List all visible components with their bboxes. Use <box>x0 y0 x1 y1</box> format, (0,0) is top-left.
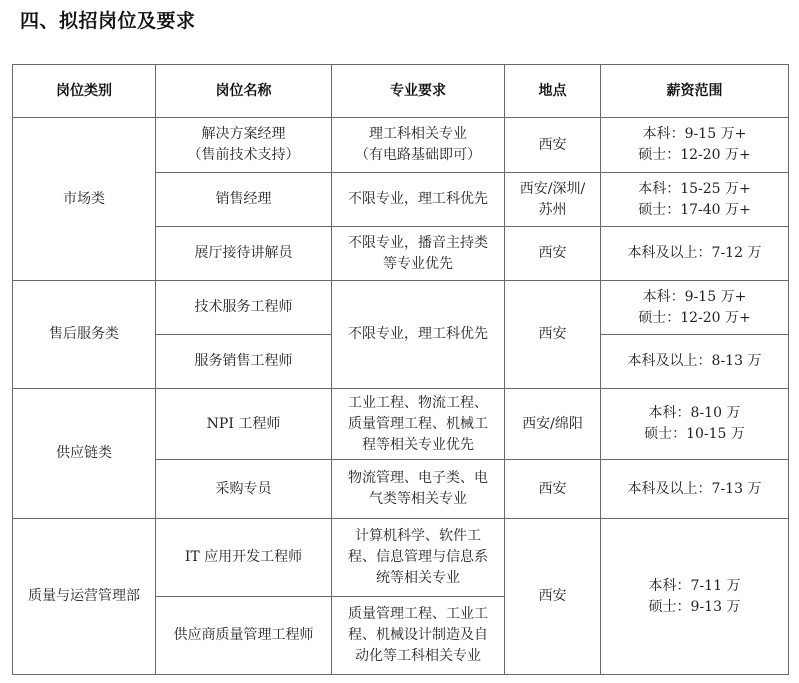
salary-cell: 本科及以上：8-13 万 <box>601 335 789 389</box>
major-cell: 不限专业，播音主持类等专业优先 <box>332 227 505 281</box>
table-row: 供应链类 NPI 工程师 工业工程、物流工程、质量管理工程、机械工程等相关专业优… <box>13 389 789 460</box>
position-cell: 销售经理 <box>156 173 332 227</box>
salary-cell: 本科：9-15 万+硕士：12-20 万+ <box>601 281 789 335</box>
header-major: 专业要求 <box>332 65 505 118</box>
job-positions-table: 岗位类别 岗位名称 专业要求 地点 薪资范围 市场类 解决方案经理（售前技术支持… <box>12 64 789 675</box>
position-cell: 技术服务工程师 <box>156 281 332 335</box>
major-cell: 不限专业，理工科优先 <box>332 281 505 389</box>
location-cell: 西安 <box>505 118 601 173</box>
major-cell: 质量管理工程、工业工程、机械设计制造及自动化等工科相关专业 <box>332 597 505 675</box>
table-row: 市场类 解决方案经理（售前技术支持） 理工科相关专业（有电路基础即可） 西安 本… <box>13 118 789 173</box>
location-cell: 西安 <box>505 460 601 519</box>
salary-cell: 本科：8-10 万硕士：10-15 万 <box>601 389 789 460</box>
major-cell: 物流管理、电子类、电气类等相关专业 <box>332 460 505 519</box>
table-row: 质量与运营管理部 IT 应用开发工程师 计算机科学、软件工程、信息管理与信息系统… <box>13 519 789 597</box>
position-cell: 解决方案经理（售前技术支持） <box>156 118 332 173</box>
header-category: 岗位类别 <box>13 65 156 118</box>
position-cell: 采购专员 <box>156 460 332 519</box>
location-cell: 西安/深圳/苏州 <box>505 173 601 227</box>
table-row: 售后服务类 技术服务工程师 不限专业，理工科优先 西安 本科：9-15 万+硕士… <box>13 281 789 335</box>
salary-cell: 本科及以上：7-12 万 <box>601 227 789 281</box>
position-cell: 服务销售工程师 <box>156 335 332 389</box>
major-cell: 理工科相关专业（有电路基础即可） <box>332 118 505 173</box>
location-cell: 西安 <box>505 281 601 389</box>
salary-cell: 本科：7-11 万硕士：9-13 万 <box>601 519 789 675</box>
major-cell: 计算机科学、软件工程、信息管理与信息系统等相关专业 <box>332 519 505 597</box>
major-cell: 不限专业，理工科优先 <box>332 173 505 227</box>
table-header-row: 岗位类别 岗位名称 专业要求 地点 薪资范围 <box>13 65 789 118</box>
category-cell: 质量与运营管理部 <box>13 519 156 675</box>
position-cell: NPI 工程师 <box>156 389 332 460</box>
salary-cell: 本科及以上：7-13 万 <box>601 460 789 519</box>
header-position: 岗位名称 <box>156 65 332 118</box>
category-cell: 售后服务类 <box>13 281 156 389</box>
salary-cell: 本科：15-25 万+硕士：17-40 万+ <box>601 173 789 227</box>
location-cell: 西安 <box>505 227 601 281</box>
section-title: 四、拟招岗位及要求 <box>20 6 196 33</box>
header-salary: 薪资范围 <box>601 65 789 118</box>
location-cell: 西安 <box>505 519 601 675</box>
category-cell: 市场类 <box>13 118 156 281</box>
salary-cell: 本科：9-15 万+硕士：12-20 万+ <box>601 118 789 173</box>
header-location: 地点 <box>505 65 601 118</box>
position-cell: 供应商质量管理工程师 <box>156 597 332 675</box>
position-cell: IT 应用开发工程师 <box>156 519 332 597</box>
major-cell: 工业工程、物流工程、质量管理工程、机械工程等相关专业优先 <box>332 389 505 460</box>
location-cell: 西安/绵阳 <box>505 389 601 460</box>
category-cell: 供应链类 <box>13 389 156 519</box>
position-cell: 展厅接待讲解员 <box>156 227 332 281</box>
